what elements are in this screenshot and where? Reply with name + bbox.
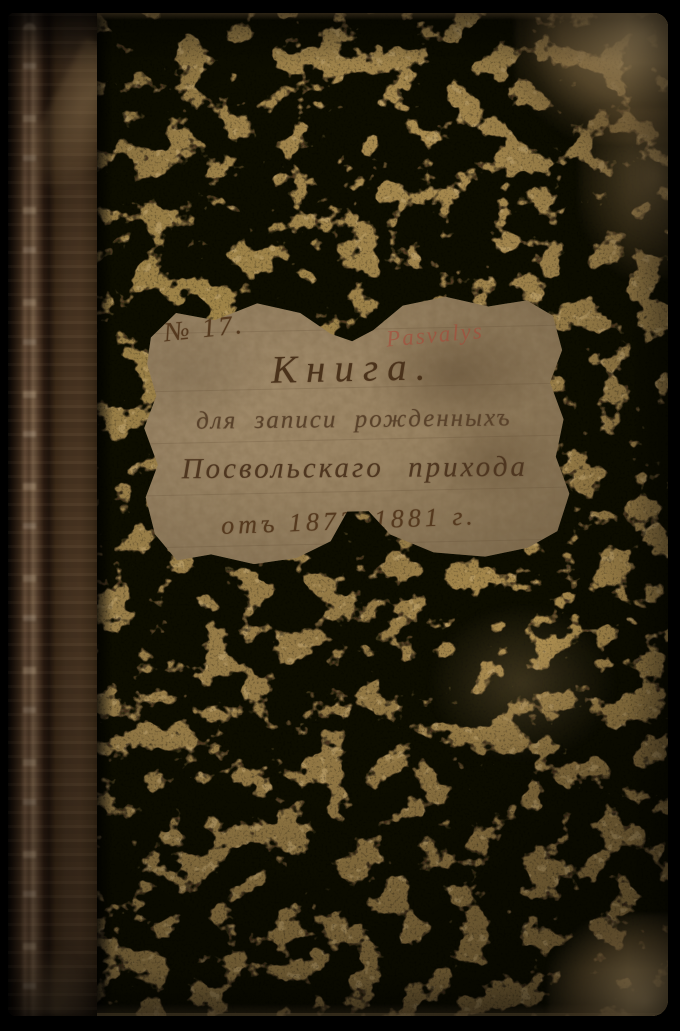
- worn-patch-center: [427, 603, 617, 763]
- label-title: Книга.: [138, 342, 567, 396]
- book-spine: [8, 13, 97, 1016]
- book-photo: № 17. Pasvalys Книга. для записи рожденн…: [0, 0, 680, 1031]
- worn-corner-bottom-right: [548, 914, 668, 1016]
- label-subtitle-line: для записи рожденныхъ: [140, 404, 568, 436]
- book-cover: № 17. Pasvalys Книга. для записи рожденн…: [8, 13, 668, 1016]
- worn-patch-right: [579, 108, 668, 278]
- spine-wear-patch-bottom: [14, 946, 94, 1016]
- cover-hinge-shadow: [97, 13, 113, 1016]
- label-parish-line: Посвольскаго прихода: [141, 450, 569, 486]
